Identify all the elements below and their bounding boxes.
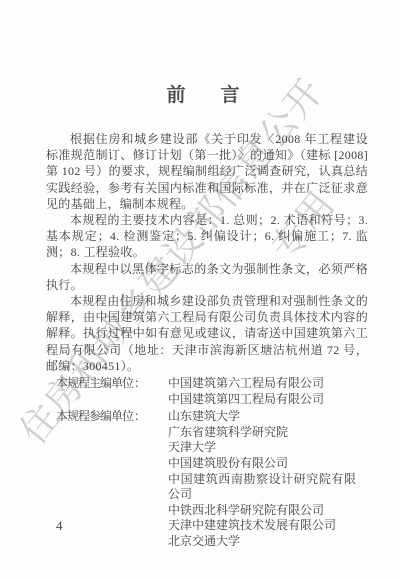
unit-name: 广东省建筑科学研究院 [168,425,356,441]
unit-name: 中国建筑股份有限公司 [168,456,356,472]
label-spacer [56,392,168,408]
participating-label-text: 本 规 程 参 编 单 位 [56,409,134,423]
foreword-paragraph-3: 本规程中以黑体字标志的条文为强制性条文，必须严格执行。 [46,261,368,293]
unit-name: 中国建筑第四工程局有限公司 [168,392,356,408]
chief-editor-units: 本 规 程 主 编 单 位： 中国建筑第六工程局有限公司 中国建筑第四工程局有限… [46,376,368,407]
unit-name: 北京交通大学 [168,534,356,550]
unit-row: 中国建筑西南勘察设计研究院有限公司 [46,472,368,503]
label-spacer [56,503,168,519]
page-number: 4 [56,518,63,534]
label-spacer [56,472,168,503]
label-spacer [56,534,168,550]
chief-editor-label-colon: ： [134,376,146,390]
document-page: 住房和城乡建设部信息公开 专用 前 言 根据住房和城乡建设部《关于印发〈2008… [0,0,400,579]
chief-editor-label-text: 本 规 程 主 编 单 位 [56,376,134,390]
unit-name: 天津大学 [168,440,356,456]
unit-name: 中国建筑西南勘察设计研究院有限公司 [168,472,356,503]
label-spacer [56,518,168,534]
page-title: 前 言 [46,80,368,107]
unit-name: 山东建筑大学 [168,409,356,425]
unit-row: 中国建筑股份有限公司 [46,456,368,472]
participating-units: 本 规 程 参 编 单 位： 山东建筑大学 广东省建筑科学研究院 天津大学 中国… [46,409,368,549]
label-spacer [56,425,168,441]
unit-row: 天津中建建筑技术发展有限公司 [46,518,368,534]
foreword-paragraph-4: 本规程由住房和城乡建设部负责管理和对强制性条文的解释，由中国建筑第六工程局有限公… [46,293,368,374]
label-spacer [56,440,168,456]
unit-row: 本 规 程 主 编 单 位： 中国建筑第六工程局有限公司 [46,376,368,392]
participating-label-colon: ： [134,409,146,423]
unit-name: 中铁西北科学研究院有限公司 [168,503,356,519]
unit-row: 广东省建筑科学研究院 [46,425,368,441]
unit-row: 北京交通大学 [46,534,368,550]
label-spacer [56,456,168,472]
foreword-paragraph-1: 根据住房和城乡建设部《关于印发〈2008 年工程建设标准规范制订、修订计划（第一… [46,131,368,212]
unit-row: 中国建筑第四工程局有限公司 [46,392,368,408]
participating-label: 本 规 程 参 编 单 位： [56,409,168,425]
foreword-content: 前 言 根据住房和城乡建设部《关于印发〈2008 年工程建设标准规范制订、修订计… [46,80,368,550]
unit-row: 天津大学 [46,440,368,456]
foreword-paragraph-2: 本规程的主要技术内容是：1. 总则；2. 术语和符号；3. 基本规定；4. 检测… [46,212,368,261]
chief-editor-label: 本 规 程 主 编 单 位： [56,376,168,392]
unit-row: 本 规 程 参 编 单 位： 山东建筑大学 [46,409,368,425]
unit-name: 天津中建建筑技术发展有限公司 [168,518,356,534]
unit-name: 中国建筑第六工程局有限公司 [168,376,356,392]
unit-row: 中铁西北科学研究院有限公司 [46,503,368,519]
